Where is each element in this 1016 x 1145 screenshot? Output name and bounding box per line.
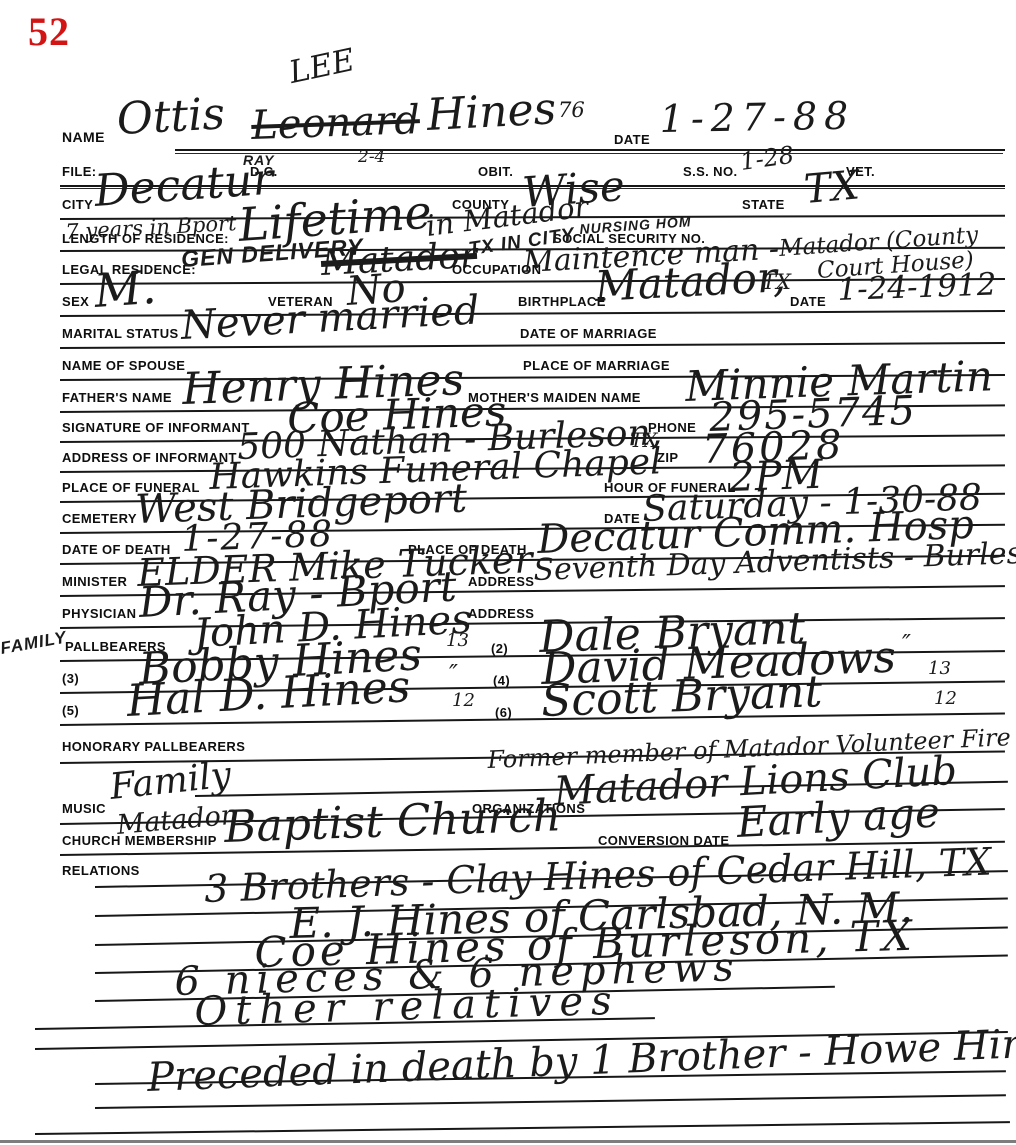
rule-line [175,153,1003,154]
pallbearer-5-mark: 12 [452,692,475,710]
cemetery-label: CEMETERY [62,512,137,526]
minister-label: MINISTER [62,575,127,589]
place-of-marriage-label: PLACE OF MARRIAGE [523,359,670,373]
pallbearer-1-mark: 13 [446,632,469,650]
preceded-in-death-note: Preceded in death by 1 Brother - Howe Hi… [146,1023,1016,1098]
physician-label: PHYSICIAN [62,607,136,621]
birthdate-label: DATE [790,295,826,309]
name-last: Hines [426,87,558,138]
city-label: CITY [62,198,93,212]
birthplace-value: Matador, [594,256,787,308]
relations-label: RELATIONS [62,864,140,878]
rule-line [35,1121,1010,1135]
name-of-spouse-label: NAME OF SPOUSE [62,359,185,373]
sex-value: M. [93,264,158,314]
name-first: Ottis [116,92,226,142]
physician-address-label: ADDRESS [468,607,534,621]
file-ssno-value: 1-28 [739,143,796,174]
music-label: MUSIC [62,802,106,816]
file-ssno-label: S.S. NO. [683,165,738,179]
music-value: Family [108,757,233,806]
pallbearer-5-number: (5) [62,704,79,718]
name-age-mark: 76 [558,100,585,121]
signature-of-informant-label: SIGNATURE OF INFORMANT [62,421,250,435]
name-label: NAME [62,130,105,145]
date-of-marriage-label: DATE OF MARRIAGE [520,327,657,341]
marital-status-label: MARITAL STATUS [62,327,179,341]
name-overwrite: LEE [287,45,358,89]
name-date-value: 1-27-88 [659,97,855,138]
name-struck-middle: Leonard [251,100,421,146]
honorary-pallbearers-label: HONORARY PALLBEARERS [62,740,245,754]
pallbearer-3-number: (3) [62,672,79,686]
fathers-name-label: FATHER'S NAME [62,391,172,405]
pallbearer-3-mark: ″ [449,662,458,686]
file-obit-label: OBIT. [478,165,513,179]
state-value: TX [803,165,861,210]
rule-line [175,149,1005,151]
pallbearer-2-number: (2) [491,642,508,656]
funeral-record-card: 52 NAME LEE Ottis Leonard Hines 76 DATE … [0,0,1016,1145]
birthplace-label: BIRTHPLACE [518,295,606,309]
family-margin-note: FAMILY [0,629,68,657]
birthdate-value: 1-24-1912 [837,269,997,306]
name-sub-note-24: 2-4 [358,149,385,166]
birthplace-state-mark: TX [762,272,791,293]
name-date-label: DATE [614,133,650,147]
sex-label: SEX [62,295,89,309]
minister-address-label: ADDRESS [468,575,534,589]
page-number: 52 [28,8,70,55]
church-membership-value: Baptist Church [223,794,561,850]
scan-edge [0,1140,1016,1143]
pallbearer-4-mark: 13 [928,660,951,678]
state-label: STATE [742,198,785,212]
marital-status-value: Never married [180,290,481,346]
pallbearer-5-value: Hal D. Hines [126,665,412,724]
conversion-date-value: Early age [736,791,941,844]
file-label: FILE: [62,165,97,179]
pallbearer-6-mark: 12 [934,690,957,708]
